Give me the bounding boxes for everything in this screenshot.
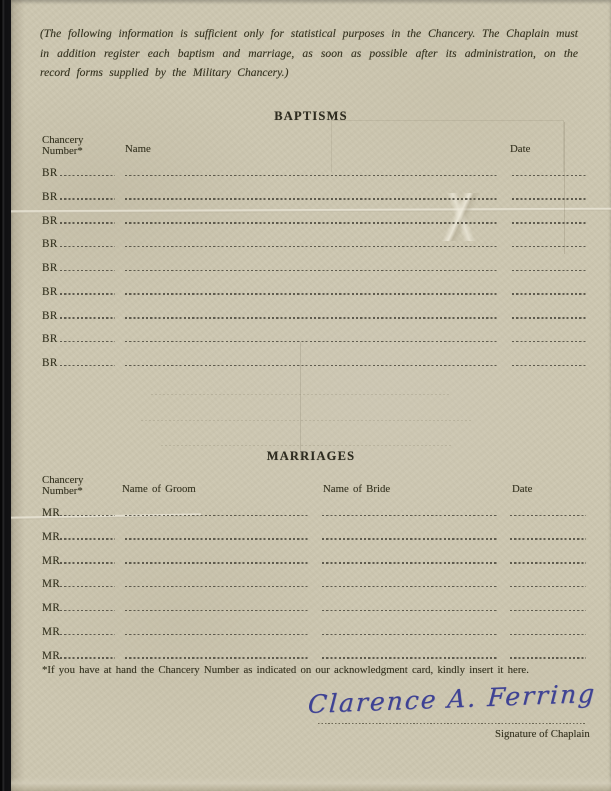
marriages-bride-header: Name of Bride	[323, 484, 390, 495]
baptism-chancery-number-blank	[60, 175, 115, 176]
signature-caption: Signature of Chaplain	[495, 728, 590, 740]
baptism-date-blank	[512, 198, 587, 199]
marriage-date-blank	[510, 610, 586, 611]
baptism-name-blank	[125, 341, 499, 342]
baptism-name-blank	[125, 222, 499, 223]
baptism-date-blank	[512, 246, 587, 247]
marriage-groom-name-blank	[125, 586, 308, 587]
baptisms-heading: BAPTISMS	[11, 109, 611, 124]
baptism-chancery-number-blank	[60, 365, 115, 366]
marriage-row: MR	[11, 523, 611, 541]
statistical-purposes-note: (The following information is sufficient…	[40, 24, 578, 83]
marriage-bride-name-blank	[322, 586, 497, 587]
marriage-row: MR	[11, 618, 611, 636]
signature-line	[318, 723, 585, 724]
chaplain-handwritten-signature: Clarence A. Ferring	[307, 679, 597, 719]
marriage-row: MR	[11, 642, 611, 660]
baptism-row: BR	[11, 302, 611, 320]
marriage-date-blank	[510, 515, 586, 516]
baptism-name-blank	[125, 365, 499, 366]
marriage-chancery-number-blank	[60, 634, 115, 635]
baptism-name-blank	[125, 198, 499, 199]
baptism-date-blank	[512, 317, 587, 318]
baptism-name-blank	[125, 270, 499, 271]
marriage-bride-name-blank	[322, 657, 497, 658]
baptism-chancery-number-blank	[60, 317, 115, 318]
marriage-bride-name-blank	[322, 515, 497, 516]
baptism-date-blank	[512, 293, 587, 294]
baptism-row-prefix: BR	[42, 238, 58, 250]
marriage-chancery-number-blank	[60, 562, 115, 563]
scanned-document: (The following information is sufficient…	[0, 0, 611, 791]
baptism-row: BR	[11, 278, 611, 296]
marriage-row-prefix: MR	[42, 507, 60, 519]
baptisms-name-header: Name	[125, 144, 151, 155]
baptism-chancery-number-blank	[60, 222, 115, 223]
marriage-row-prefix: MR	[42, 555, 60, 567]
show-through-line	[151, 394, 451, 395]
baptism-row-prefix: BR	[42, 357, 58, 369]
baptism-row: BR	[11, 254, 611, 272]
baptism-row-prefix: BR	[42, 310, 58, 322]
baptism-chancery-number-blank	[60, 341, 115, 342]
marriage-groom-name-blank	[125, 634, 308, 635]
marriage-date-blank	[510, 538, 586, 539]
marriage-row: MR	[11, 594, 611, 612]
baptism-chancery-number-blank	[60, 198, 115, 199]
marriage-row-prefix: MR	[42, 602, 60, 614]
baptism-row: BR	[11, 159, 611, 177]
marriage-chancery-number-blank	[60, 515, 115, 516]
marriage-chancery-number-blank	[60, 610, 115, 611]
baptism-row-prefix: BR	[42, 333, 58, 345]
baptism-row-prefix: BR	[42, 167, 58, 179]
marriage-chancery-number-blank	[60, 586, 115, 587]
marriage-row: MR	[11, 570, 611, 588]
marriages-heading: MARRIAGES	[11, 449, 611, 464]
baptisms-date-header: Date	[510, 144, 530, 155]
marriage-groom-name-blank	[125, 610, 308, 611]
marriage-row: MR	[11, 547, 611, 565]
chancery-number-footnote: *If you have at hand the Chancery Number…	[42, 664, 587, 676]
baptism-row: BR	[11, 183, 611, 201]
marriages-chancery-header-line2: Number*	[42, 486, 83, 497]
marriages-date-header: Date	[512, 484, 532, 495]
baptism-name-blank	[125, 317, 499, 318]
baptism-chancery-number-blank	[60, 293, 115, 294]
marriage-groom-name-blank	[125, 538, 308, 539]
baptism-row-prefix: BR	[42, 191, 58, 203]
marriage-date-blank	[510, 562, 586, 563]
baptism-name-blank	[125, 293, 499, 294]
baptism-chancery-number-blank	[60, 246, 115, 247]
baptism-row-prefix: BR	[42, 215, 58, 227]
baptism-name-blank	[125, 175, 499, 176]
marriages-groom-header: Name of Groom	[122, 484, 196, 495]
baptism-row-prefix: BR	[42, 262, 58, 274]
baptism-chancery-number-blank	[60, 270, 115, 271]
marriage-chancery-number-blank	[60, 538, 115, 539]
baptism-name-blank	[125, 246, 499, 247]
marriage-row: MR	[11, 499, 611, 517]
marriage-date-blank	[510, 657, 586, 658]
baptism-date-blank	[512, 341, 587, 342]
marriage-row-prefix: MR	[42, 531, 60, 543]
marriage-bride-name-blank	[322, 634, 497, 635]
show-through-line	[141, 420, 471, 421]
baptism-row: BR	[11, 325, 611, 343]
baptism-row: BR	[11, 230, 611, 248]
marriage-groom-name-blank	[125, 562, 308, 563]
baptism-date-blank	[512, 175, 587, 176]
baptism-date-blank	[512, 270, 587, 271]
marriage-date-blank	[510, 634, 586, 635]
marriage-date-blank	[510, 586, 586, 587]
marriage-bride-name-blank	[322, 538, 497, 539]
baptisms-chancery-header-line2: Number*	[42, 146, 83, 157]
baptism-row: BR	[11, 349, 611, 367]
marriage-row-prefix: MR	[42, 626, 60, 638]
marriage-bride-name-blank	[322, 562, 497, 563]
baptism-date-blank	[512, 222, 587, 223]
marriage-chancery-number-blank	[60, 657, 115, 658]
marriage-groom-name-blank	[125, 657, 308, 658]
marriage-row-prefix: MR	[42, 578, 60, 590]
show-through-line	[161, 445, 451, 446]
marriage-row-prefix: MR	[42, 650, 60, 662]
marriage-groom-name-blank	[125, 515, 308, 516]
baptism-date-blank	[512, 365, 587, 366]
baptism-row: BR	[11, 207, 611, 225]
baptism-row-prefix: BR	[42, 286, 58, 298]
chancery-form-page: (The following information is sufficient…	[11, 0, 611, 791]
marriage-bride-name-blank	[322, 610, 497, 611]
